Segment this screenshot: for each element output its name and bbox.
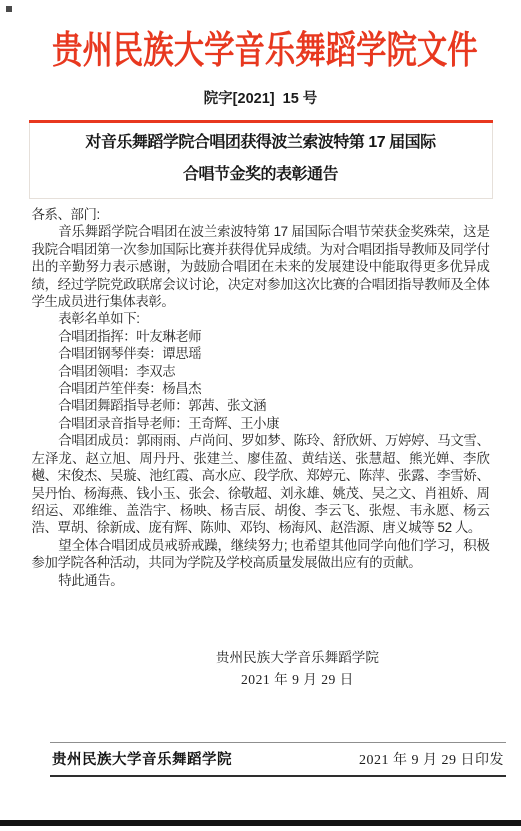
- role-lead-singer: 合唱团领唱：李双志: [32, 363, 490, 380]
- footer-org-name: 贵州民族大学音乐舞蹈学院: [52, 748, 232, 769]
- imprint-footer: 贵州民族大学音乐舞蹈学院 2021 年 9 月 29 日印发: [50, 742, 506, 777]
- signature-date: 2021 年 9 月 29 日: [216, 669, 379, 691]
- signature-org-name: 贵州民族大学音乐舞蹈学院: [216, 647, 379, 669]
- document-title-line2: 合唱节金奖的表彰通告: [30, 165, 492, 184]
- closing-statement: 特此通告。: [32, 572, 490, 589]
- document-page: 贵州民族大学音乐舞蹈学院文件 院字[2021] 15 号 对音乐舞蹈学院合唱团获…: [0, 0, 521, 831]
- role-conductor: 合唱团指挥：叶友琳老师: [32, 328, 490, 345]
- paragraph-award-announcement: 音乐舞蹈学院合唱团在波兰索波特第 17 届国际合唱节荣获金奖殊荣，这是我院合唱团…: [32, 223, 490, 310]
- signature-block: 贵州民族大学音乐舞蹈学院 2021 年 9 月 29 日: [216, 647, 379, 691]
- role-list: 合唱团指挥：叶友琳老师 合唱团钢琴伴奏：谭思瑶 合唱团领唱：李双志 合唱团芦笙伴…: [32, 328, 490, 432]
- red-header-org-title: 贵州民族大学音乐舞蹈学院文件: [52, 0, 469, 74]
- paragraph-encouragement: 望全体合唱团成员戒骄戒躁，继续努力; 也希望其他同学向他们学习，积极参加学院各种…: [32, 537, 490, 572]
- role-lusheng-accompanist: 合唱团芦笙伴奏：杨昌杰: [32, 380, 490, 397]
- document-number: 院字[2021] 15 号: [0, 90, 521, 108]
- member-name-list: 合唱团成员：郭雨雨、卢尚问、罗如梦、陈玲、舒欣妍、万婷婷、马文雪、左泽龙、赵立旭…: [32, 432, 490, 536]
- document-body: 各系、部门: 音乐舞蹈学院合唱团在波兰索波特第 17 届国际合唱节荣获金奖殊荣，…: [32, 206, 490, 589]
- footer-issue-date: 2021 年 9 月 29 日印发: [359, 749, 504, 769]
- salutation: 各系、部门:: [32, 206, 490, 223]
- document-title-line1: 对音乐舞蹈学院合唱团获得波兰索波特第 17 届国际: [30, 133, 492, 152]
- role-recording-instructors: 合唱团录音指导老师：王奇辉、王小康: [32, 415, 490, 432]
- page-bottom-edge: [0, 820, 521, 826]
- scan-artifact: [6, 6, 12, 12]
- role-dance-instructors: 合唱团舞蹈指导老师：郭茜、张文涵: [32, 397, 490, 414]
- document-title-box: 对音乐舞蹈学院合唱团获得波兰索波特第 17 届国际 合唱节金奖的表彰通告: [29, 123, 493, 199]
- role-pianist: 合唱团钢琴伴奏：谭思瑶: [32, 345, 490, 362]
- commendation-list-intro: 表彰名单如下:: [32, 310, 490, 327]
